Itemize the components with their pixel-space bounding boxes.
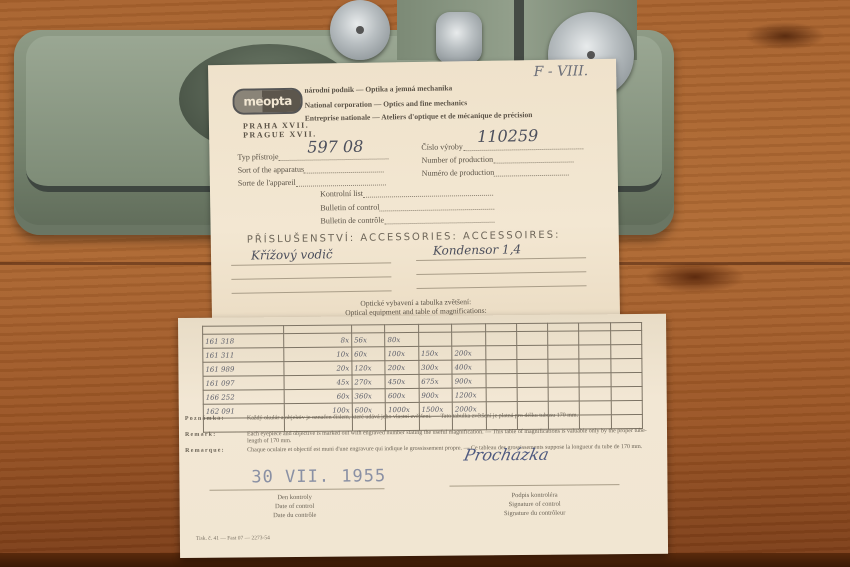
magnification-cell: 200x bbox=[385, 360, 419, 374]
type-label: Sorte de l'appareil bbox=[238, 176, 386, 187]
meopta-logo: meopta bbox=[232, 88, 302, 115]
empty-cell bbox=[579, 345, 610, 359]
accessory-line bbox=[416, 257, 586, 261]
corporation-line: National corporation — Optics and fine m… bbox=[305, 98, 468, 110]
stage-knob-icon bbox=[330, 0, 390, 60]
accessory-item: Kondensor 1,4 bbox=[433, 242, 521, 257]
magnification-cell: 600x bbox=[385, 388, 419, 402]
objective-number-cell: 161 097 bbox=[203, 376, 284, 391]
magnification-cell: 400x bbox=[452, 360, 486, 374]
objective-mag-cell: 20x bbox=[284, 361, 352, 376]
magnification-cell: 675x bbox=[419, 374, 453, 388]
fine-focus-knob-icon bbox=[436, 12, 482, 64]
empty-cell bbox=[485, 346, 516, 360]
date-line bbox=[209, 488, 384, 491]
empty-cell bbox=[517, 387, 548, 401]
empty-cell bbox=[548, 345, 579, 359]
certificate-upper: meopta PRAHA XVII. PRAGUE XVII. národní … bbox=[208, 59, 620, 340]
city-en: PRAGUE XVII. bbox=[243, 130, 317, 140]
production-value: 110259 bbox=[477, 126, 538, 146]
magnification-cell: 450x bbox=[385, 374, 419, 388]
objective-mag-cell: 8x bbox=[284, 333, 352, 348]
date-stamp: 30 VII. 1955 bbox=[251, 466, 386, 487]
empty-cell bbox=[517, 359, 548, 373]
empty-cell bbox=[548, 387, 579, 401]
empty-cell bbox=[486, 374, 517, 388]
table-header-cell bbox=[579, 323, 610, 331]
accessory-line bbox=[232, 290, 392, 294]
handwritten-note: F - VIII. bbox=[534, 63, 589, 80]
accessory-line bbox=[231, 276, 391, 280]
magnification-cell: 300x bbox=[419, 360, 453, 374]
magnification-cell: 80x bbox=[385, 332, 419, 346]
accessory-line bbox=[416, 271, 586, 275]
magnification-cell bbox=[452, 332, 486, 346]
accessory-line bbox=[231, 262, 391, 266]
empty-cell bbox=[517, 345, 548, 359]
controller-signature: Procházka bbox=[462, 445, 550, 465]
magnification-cell bbox=[418, 332, 452, 346]
bulletin-label: Kontrolní list bbox=[320, 187, 493, 199]
empty-cell bbox=[611, 386, 643, 400]
empty-cell bbox=[517, 373, 548, 387]
table-header-cell bbox=[485, 324, 516, 332]
empty-cell bbox=[611, 372, 643, 386]
objective-mag-cell: 60x bbox=[284, 389, 352, 404]
magnification-cell: 900x bbox=[419, 388, 453, 402]
magnification-cell: 200x bbox=[452, 346, 486, 360]
empty-cell bbox=[579, 373, 610, 387]
production-label: Numéro de production bbox=[422, 167, 570, 178]
magnification-cell: 60x bbox=[352, 347, 386, 361]
corporation-line: národní podnik — Optika a jemná mechanik… bbox=[304, 83, 452, 94]
certificate-lower: 161 3188x56x80x161 31110x60x100x150x200x… bbox=[178, 314, 668, 558]
type-label: Sort of the apparatus bbox=[238, 163, 385, 174]
objective-mag-cell: 45x bbox=[284, 375, 352, 390]
signature-line bbox=[449, 484, 619, 486]
empty-cell bbox=[485, 332, 516, 346]
empty-cell bbox=[516, 331, 547, 345]
magnification-cell: 1200x bbox=[452, 388, 486, 402]
focus-rail bbox=[514, 0, 524, 62]
magnification-cell: 100x bbox=[385, 346, 419, 360]
date-caption: Den kontroly Date of control Date du con… bbox=[240, 493, 350, 521]
empty-cell bbox=[579, 387, 610, 401]
table-header-cell bbox=[385, 324, 418, 332]
accessory-item: Křížový vodič bbox=[251, 247, 333, 262]
empty-cell bbox=[610, 358, 642, 372]
objective-number-cell: 161 311 bbox=[203, 348, 284, 363]
empty-cell bbox=[548, 359, 579, 373]
empty-cell bbox=[548, 373, 579, 387]
production-label: Number of production bbox=[421, 153, 573, 164]
empty-cell bbox=[548, 331, 579, 345]
magnification-cell: 56x bbox=[351, 333, 385, 347]
objective-number-cell: 161 318 bbox=[203, 334, 284, 349]
magnification-cell: 360x bbox=[352, 389, 386, 403]
magnification-cell: 270x bbox=[352, 375, 386, 389]
table-header-cell bbox=[548, 323, 579, 331]
objective-number-cell: 166 252 bbox=[203, 390, 284, 405]
empty-cell bbox=[610, 344, 642, 358]
empty-cell bbox=[579, 331, 610, 345]
signature-caption: Podpis kontroléra Signature of control S… bbox=[480, 490, 590, 518]
print-info: Tisk. č. 41 — Fast 07 — 2273-54 bbox=[196, 535, 270, 542]
empty-cell bbox=[485, 360, 516, 374]
objective-number-cell: 161 989 bbox=[203, 362, 284, 377]
corporation-line: Entreprise nationale — Ateliers d'optiqu… bbox=[305, 110, 533, 123]
table-header-cell bbox=[610, 322, 641, 330]
remark-fr: Remarque:Chaque oculaire et objectif est… bbox=[185, 444, 647, 455]
magnification-cell: 120x bbox=[352, 361, 386, 375]
type-value: 597 08 bbox=[307, 137, 363, 157]
empty-cell bbox=[579, 359, 610, 373]
accessory-line bbox=[417, 285, 587, 289]
bulletin-label: Bulletin de contrôle bbox=[320, 214, 494, 226]
table-header-cell bbox=[516, 323, 547, 331]
bulletin-label: Bulletin of control bbox=[320, 201, 494, 213]
magnification-cell: 900x bbox=[452, 374, 486, 388]
objective-mag-cell: 10x bbox=[284, 347, 352, 362]
remark-en: Remark:Each eyepiece and objective is ma… bbox=[185, 428, 647, 446]
magnification-cell: 150x bbox=[418, 346, 452, 360]
empty-cell bbox=[486, 388, 517, 402]
empty-cell bbox=[610, 330, 642, 344]
